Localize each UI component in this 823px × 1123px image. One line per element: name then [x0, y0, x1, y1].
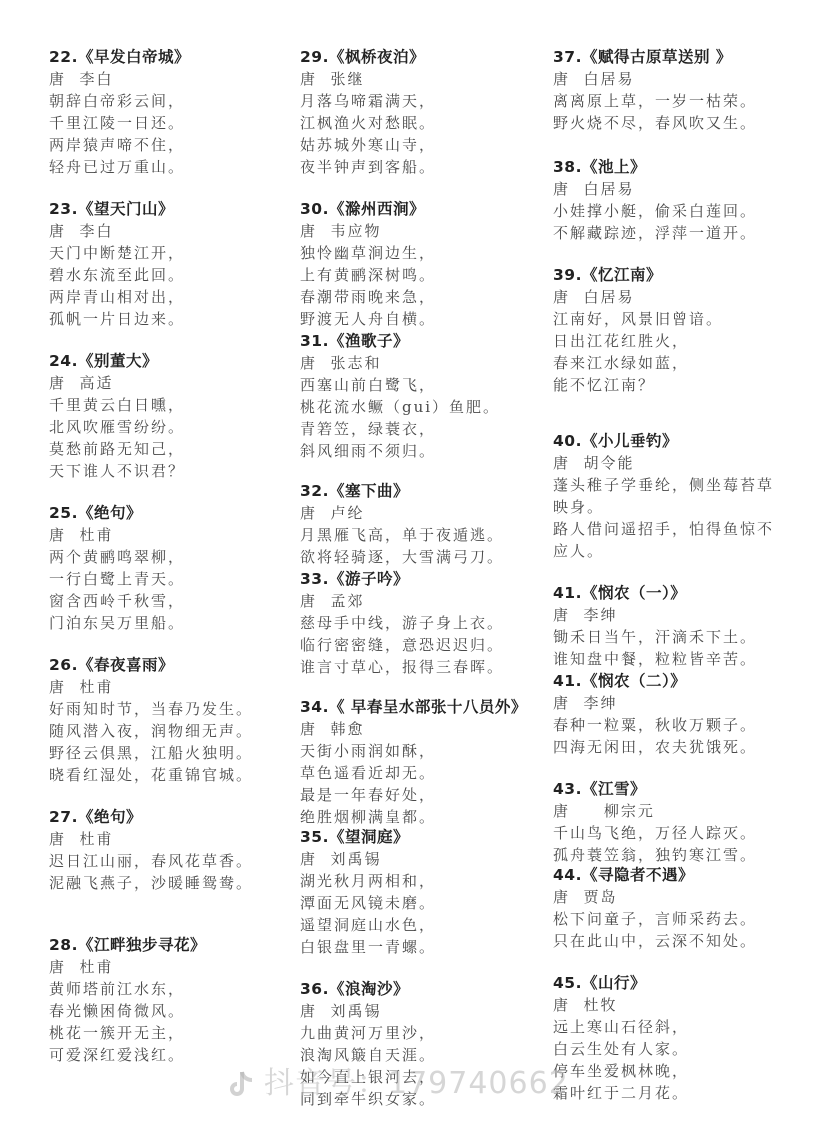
poem-line: 天门中断楚江开， — [49, 242, 185, 264]
poem-line: 天下谁人不识君？ — [49, 460, 185, 482]
poem-line: 千山鸟飞绝，万径人踪灭。 — [553, 822, 757, 844]
poem-title: 25.《绝句》 — [49, 502, 185, 524]
poem-line: 慈母手中线，游子身上衣。 — [300, 612, 504, 634]
poem-line: 野火烧不尽，春风吹又生。 — [553, 112, 757, 134]
poem-block: 41.《悯农（一）》唐 李绅锄禾日当午，汗滴禾下土。谁知盘中餐，粒粒皆辛苦。 — [553, 582, 757, 670]
poem-block: 40.《小儿垂钓》唐 胡令能蓬头稚子学垂纶，侧坐莓苔草映身。路人借问遥招手，怕得… — [553, 430, 774, 562]
poem-line: 月黑雁飞高，单于夜遁逃。 — [300, 524, 504, 546]
poem-block: 45.《山行》唐 杜牧远上寒山石径斜，白云生处有人家。停车坐爱枫林晚，霜叶红于二… — [553, 972, 689, 1104]
poem-block: 28.《江畔独步寻花》唐 杜甫黄师塔前江水东，春光懒困倚微风。桃花一簇开无主，可… — [49, 934, 206, 1066]
poem-line: 霜叶红于二月花。 — [553, 1082, 689, 1104]
poem-line: 春来江水绿如蓝， — [553, 352, 723, 374]
poem-line: 轻舟已过万重山。 — [49, 156, 190, 178]
poem-line: 停车坐爱枫林晚， — [553, 1060, 689, 1082]
poem-line: 蓬头稚子学垂纶，侧坐莓苔草 — [553, 474, 774, 496]
poem-line: 应人。 — [553, 540, 774, 562]
poem-line: 碧水东流至此回。 — [49, 264, 185, 286]
poem-title: 34.《 早春呈水部张十八员外》 — [300, 696, 527, 718]
poem-line: 莫愁前路无知己， — [49, 438, 185, 460]
poem-title: 33.《游子吟》 — [300, 568, 504, 590]
poem-line: 小娃撑小艇，偷采白莲回。 — [553, 200, 757, 222]
poem-title: 26.《春夜喜雨》 — [49, 654, 253, 676]
poem-title: 41.《悯农（二）》 — [553, 670, 757, 692]
poem-block: 44.《寻隐者不遇》唐 贾岛松下问童子，言师采药去。只在此山中，云深不知处。 — [553, 864, 757, 952]
poem-block: 23.《望天门山》唐 李白天门中断楚江开，碧水东流至此回。两岸青山相对出，孤帆一… — [49, 198, 185, 330]
poem-line: 随风潜入夜，润物细无声。 — [49, 720, 253, 742]
poem-title: 44.《寻隐者不遇》 — [553, 864, 757, 886]
poem-block: 32.《塞下曲》唐 卢纶月黑雁飞高，单于夜遁逃。欲将轻骑逐，大雪满弓刀。 — [300, 480, 504, 568]
poem-title: 28.《江畔独步寻花》 — [49, 934, 206, 956]
poem-block: 41.《悯农（二）》唐 李绅春种一粒粟，秋收万颗子。四海无闲田，农夫犹饿死。 — [553, 670, 757, 758]
poem-line: 独怜幽草涧边生， — [300, 242, 436, 264]
poem-line: 泥融飞燕子，沙暖睡鸳鸯。 — [49, 872, 253, 894]
poem-title: 32.《塞下曲》 — [300, 480, 504, 502]
poem-block: 25.《绝句》唐 杜甫两个黄鹂鸣翠柳，一行白鹭上青天。窗含西岭千秋雪，门泊东吴万… — [49, 502, 185, 634]
poem-title: 30.《滁州西涧》 — [300, 198, 436, 220]
poem-author: 唐 刘禹锡 — [300, 848, 436, 870]
poem-block: 38.《池上》唐 白居易小娃撑小艇，偷采白莲回。不解藏踪迹，浮萍一道开。 — [553, 156, 757, 244]
tiktok-logo-icon — [228, 1070, 254, 1100]
poem-title: 29.《枫桥夜泊》 — [300, 46, 436, 68]
poem-title: 38.《池上》 — [553, 156, 757, 178]
poem-author: 唐 杜甫 — [49, 956, 206, 978]
poem-line: 黄师塔前江水东， — [49, 978, 206, 1000]
poem-line: 能不忆江南？ — [553, 374, 723, 396]
poem-line: 好雨知时节，当春乃发生。 — [49, 698, 253, 720]
watermark: 抖音号：179740662 — [228, 1058, 569, 1102]
poem-title: 40.《小儿垂钓》 — [553, 430, 774, 452]
poem-line: 斜风细雨不须归。 — [300, 440, 500, 462]
poem-block: 35.《望洞庭》唐 刘禹锡湖光秋月两相和，潭面无风镜未磨。遥望洞庭山水色，白银盘… — [300, 826, 436, 958]
poem-line: 孤舟蓑笠翁，独钓寒江雪。 — [553, 844, 757, 866]
poem-line: 桃花一簇开无主， — [49, 1022, 206, 1044]
poem-author: 唐 张志和 — [300, 352, 500, 374]
poem-block: 31.《渔歌子》唐 张志和西塞山前白鹭飞，桃花流水鳜（gui）鱼肥。青箬笠，绿蓑… — [300, 330, 500, 462]
poem-author: 唐 杜甫 — [49, 676, 253, 698]
poem-line: 江南好，风景旧曾谙。 — [553, 308, 723, 330]
poem-block: 27.《绝句》唐 杜甫迟日江山丽，春风花草香。泥融飞燕子，沙暖睡鸳鸯。 — [49, 806, 253, 894]
poem-author: 唐 杜甫 — [49, 524, 185, 546]
poem-title: 22.《早发白帝城》 — [49, 46, 190, 68]
poem-line: 野渡无人舟自横。 — [300, 308, 436, 330]
poem-line: 两岸猿声啼不住， — [49, 134, 190, 156]
poem-author: 唐 卢纶 — [300, 502, 504, 524]
poem-line: 朝辞白帝彩云间， — [49, 90, 190, 112]
poem-title: 36.《浪淘沙》 — [300, 978, 436, 1000]
poem-block: 26.《春夜喜雨》唐 杜甫好雨知时节，当春乃发生。随风潜入夜，润物细无声。野径云… — [49, 654, 253, 786]
poem-block: 24.《别董大》唐 高适千里黄云白日曛，北风吹雁雪纷纷。莫愁前路无知己，天下谁人… — [49, 350, 185, 482]
poem-author: 唐 高适 — [49, 372, 185, 394]
poem-title: 37.《赋得古原草送别 》 — [553, 46, 757, 68]
poem-block: 34.《 早春呈水部张十八员外》唐 韩愈天街小雨润如酥，草色遥看近却无。最是一年… — [300, 696, 527, 828]
poem-line: 月落乌啼霜满天， — [300, 90, 436, 112]
poem-line: 天街小雨润如酥， — [300, 740, 527, 762]
poem-line: 桃花流水鳜（gui）鱼肥。 — [300, 396, 500, 418]
poem-line: 北风吹雁雪纷纷。 — [49, 416, 185, 438]
poem-line: 门泊东吴万里船。 — [49, 612, 185, 634]
poem-author: 唐 白居易 — [553, 286, 723, 308]
poem-line: 春光懒困倚微风。 — [49, 1000, 206, 1022]
poem-line: 临行密密缝，意恐迟迟归。 — [300, 634, 504, 656]
poem-line: 九曲黄河万里沙， — [300, 1022, 436, 1044]
poem-author: 唐 杜牧 — [553, 994, 689, 1016]
poem-author: 唐 韦应物 — [300, 220, 436, 242]
poem-title: 45.《山行》 — [553, 972, 689, 994]
poem-title: 24.《别董大》 — [49, 350, 185, 372]
poem-line: 只在此山中，云深不知处。 — [553, 930, 757, 952]
poem-block: 30.《滁州西涧》唐 韦应物独怜幽草涧边生，上有黄鹂深树鸣。春潮带雨晚来急，野渡… — [300, 198, 436, 330]
poem-block: 22.《早发白帝城》唐 李白朝辞白帝彩云间，千里江陵一日还。两岸猿声啼不住，轻舟… — [49, 46, 190, 178]
poem-title: 27.《绝句》 — [49, 806, 253, 828]
poem-line: 欲将轻骑逐，大雪满弓刀。 — [300, 546, 504, 568]
poem-author: 唐 白居易 — [553, 68, 757, 90]
poem-line: 绝胜烟柳满皇都。 — [300, 806, 527, 828]
poem-author: 唐 张继 — [300, 68, 436, 90]
poem-author: 唐 贾岛 — [553, 886, 757, 908]
poem-line: 春种一粒粟，秋收万颗子。 — [553, 714, 757, 736]
poem-author: 唐 李白 — [49, 68, 190, 90]
poem-block: 43.《江雪》唐 柳宗元千山鸟飞绝，万径人踪灭。孤舟蓑笠翁，独钓寒江雪。 — [553, 778, 757, 866]
poem-author: 唐 柳宗元 — [553, 800, 757, 822]
poem-line: 最是一年春好处， — [300, 784, 527, 806]
poem-line: 江枫渔火对愁眠。 — [300, 112, 436, 134]
poem-line: 上有黄鹂深树鸣。 — [300, 264, 436, 286]
poem-line: 晓看红湿处，花重锦官城。 — [49, 764, 253, 786]
poem-line: 青箬笠，绿蓑衣， — [300, 418, 500, 440]
poem-line: 远上寒山石径斜， — [553, 1016, 689, 1038]
poem-line: 谁知盘中餐，粒粒皆辛苦。 — [553, 648, 757, 670]
poem-line: 日出江花红胜火， — [553, 330, 723, 352]
poem-line: 春潮带雨晚来急， — [300, 286, 436, 308]
poem-block: 33.《游子吟》唐 孟郊慈母手中线，游子身上衣。临行密密缝，意恐迟迟归。谁言寸草… — [300, 568, 504, 678]
poem-author: 唐 李绅 — [553, 692, 757, 714]
poem-line: 迟日江山丽，春风花草香。 — [49, 850, 253, 872]
poem-line: 一行白鹭上青天。 — [49, 568, 185, 590]
poem-line: 姑苏城外寒山寺， — [300, 134, 436, 156]
poem-line: 野径云俱黑，江船火独明。 — [49, 742, 253, 764]
poem-line: 路人借问遥招手，怕得鱼惊不 — [553, 518, 774, 540]
poem-line: 夜半钟声到客船。 — [300, 156, 436, 178]
poem-author: 唐 孟郊 — [300, 590, 504, 612]
poem-author: 唐 白居易 — [553, 178, 757, 200]
poem-line: 离离原上草，一岁一枯荣。 — [553, 90, 757, 112]
poem-line: 谁言寸草心，报得三春晖。 — [300, 656, 504, 678]
poem-block: 29.《枫桥夜泊》唐 张继月落乌啼霜满天，江枫渔火对愁眠。姑苏城外寒山寺，夜半钟… — [300, 46, 436, 178]
watermark-text: 抖音号：179740662 — [264, 1066, 569, 1101]
poem-author: 唐 韩愈 — [300, 718, 527, 740]
poem-title: 43.《江雪》 — [553, 778, 757, 800]
poem-line: 可爱深红爱浅红。 — [49, 1044, 206, 1066]
poem-line: 西塞山前白鹭飞， — [300, 374, 500, 396]
poem-line: 锄禾日当午，汗滴禾下土。 — [553, 626, 757, 648]
poem-line: 白云生处有人家。 — [553, 1038, 689, 1060]
poem-title: 39.《忆江南》 — [553, 264, 723, 286]
poem-line: 潭面无风镜未磨。 — [300, 892, 436, 914]
poem-line: 千里黄云白日曛， — [49, 394, 185, 416]
poem-line: 千里江陵一日还。 — [49, 112, 190, 134]
poem-line: 不解藏踪迹，浮萍一道开。 — [553, 222, 757, 244]
poem-block: 39.《忆江南》唐 白居易江南好，风景旧曾谙。日出江花红胜火，春来江水绿如蓝，能… — [553, 264, 723, 396]
poem-line: 两岸青山相对出， — [49, 286, 185, 308]
poem-line: 两个黄鹂鸣翠柳， — [49, 546, 185, 568]
poem-line: 白银盘里一青螺。 — [300, 936, 436, 958]
poem-line: 草色遥看近却无。 — [300, 762, 527, 784]
poem-title: 31.《渔歌子》 — [300, 330, 500, 352]
poem-title: 35.《望洞庭》 — [300, 826, 436, 848]
poem-line: 松下问童子，言师采药去。 — [553, 908, 757, 930]
poem-title: 23.《望天门山》 — [49, 198, 185, 220]
poem-author: 唐 刘禹锡 — [300, 1000, 436, 1022]
poem-title: 41.《悯农（一）》 — [553, 582, 757, 604]
poem-block: 37.《赋得古原草送别 》唐 白居易离离原上草，一岁一枯荣。野火烧不尽，春风吹又… — [553, 46, 757, 134]
poem-author: 唐 杜甫 — [49, 828, 253, 850]
poem-line: 孤帆一片日边来。 — [49, 308, 185, 330]
poem-author: 唐 胡令能 — [553, 452, 774, 474]
poem-line: 映身。 — [553, 496, 774, 518]
poem-author: 唐 李绅 — [553, 604, 757, 626]
poem-author: 唐 李白 — [49, 220, 185, 242]
poem-line: 湖光秋月两相和， — [300, 870, 436, 892]
poem-line: 窗含西岭千秋雪， — [49, 590, 185, 612]
poem-line: 遥望洞庭山水色， — [300, 914, 436, 936]
poem-line: 四海无闲田，农夫犹饿死。 — [553, 736, 757, 758]
